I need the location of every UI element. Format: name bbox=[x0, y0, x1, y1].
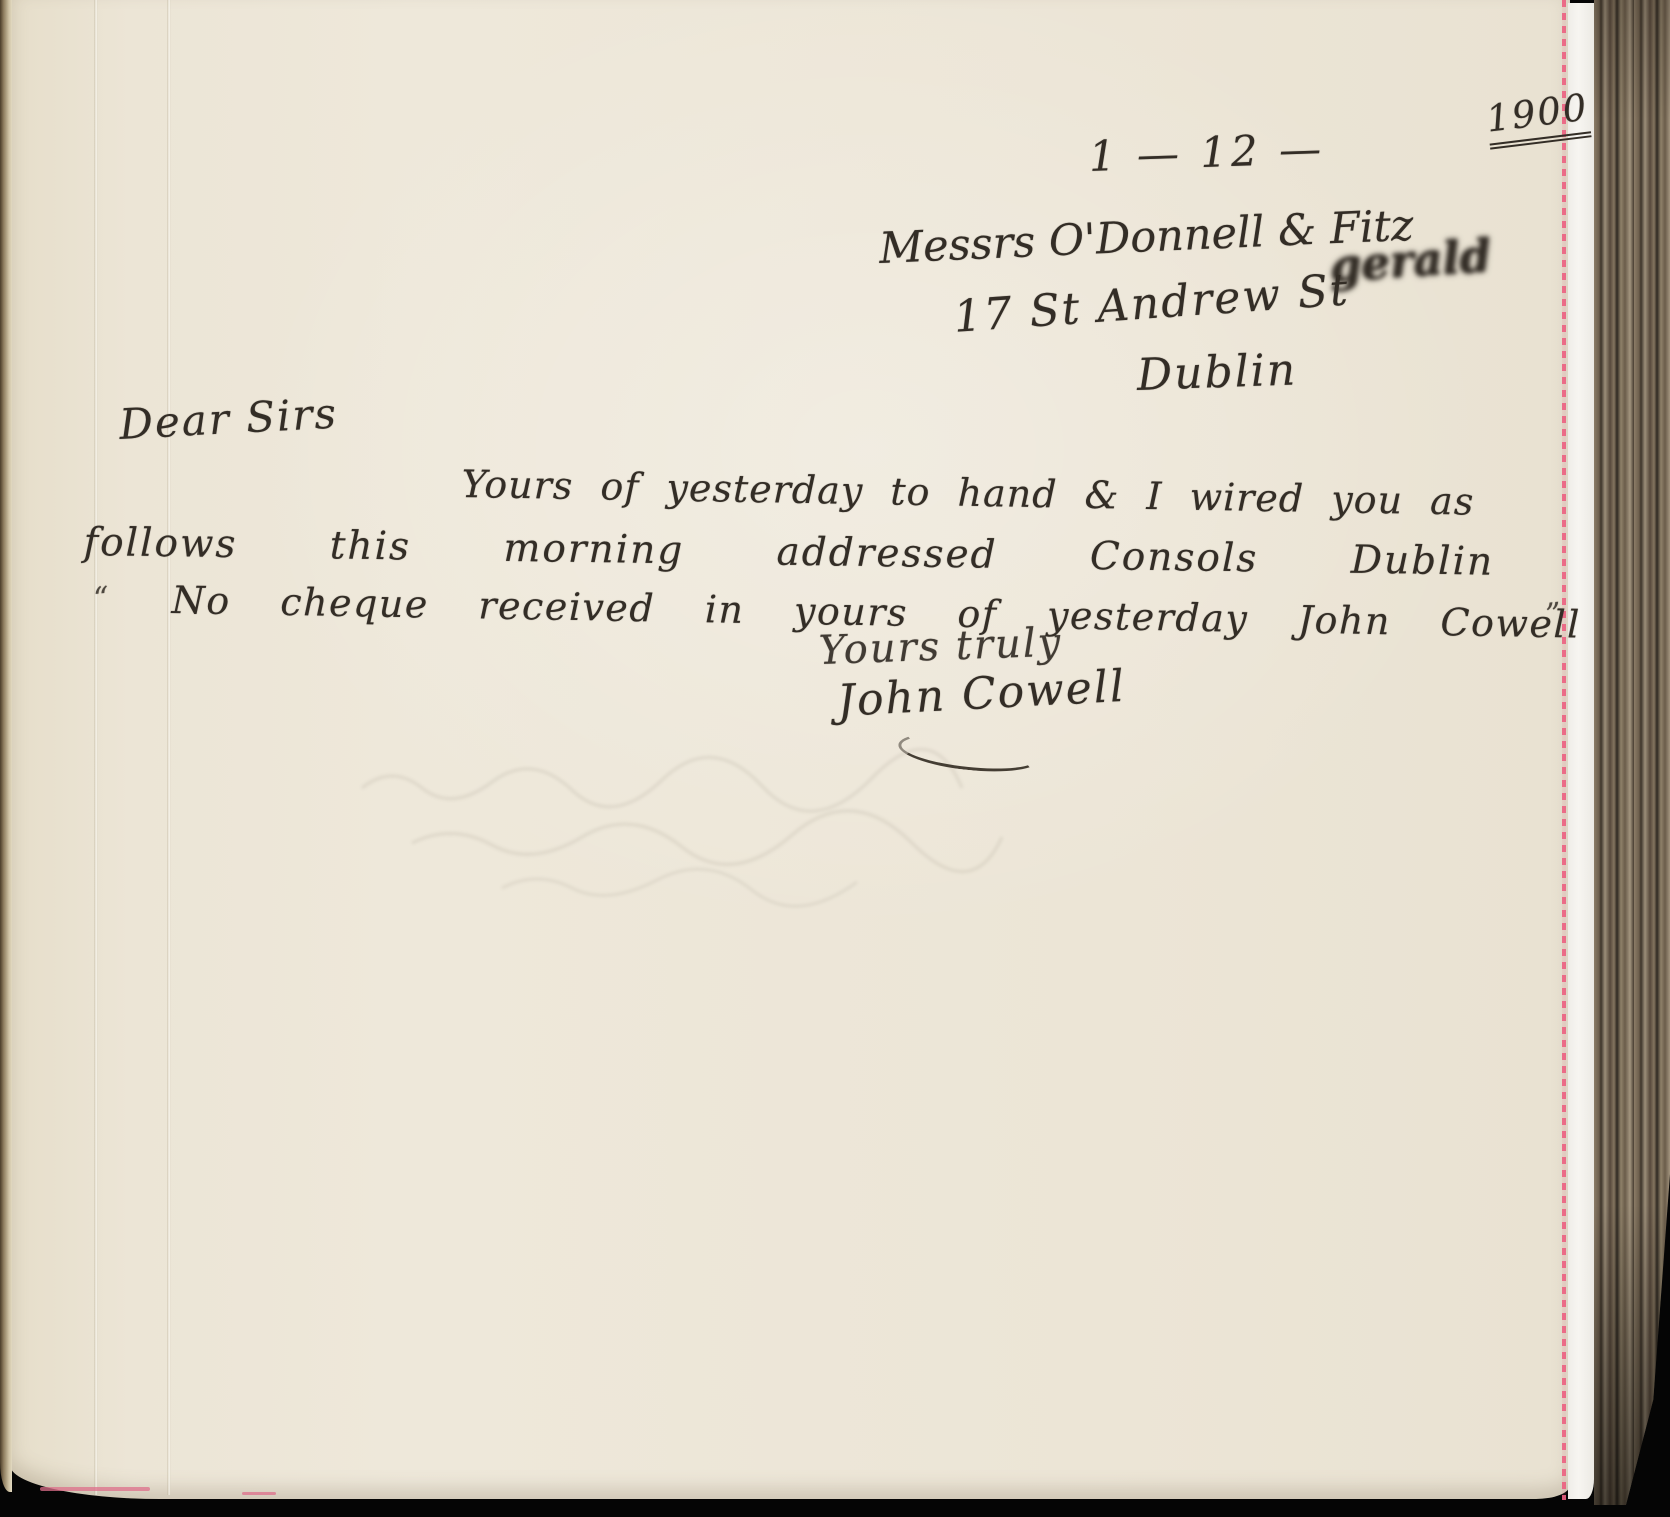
book-page-stack-edge bbox=[1594, 0, 1670, 1505]
ink-bleed-through bbox=[352, 748, 1162, 913]
pink-edge-speck bbox=[242, 1492, 276, 1495]
page-gutter-edge bbox=[0, 0, 12, 1492]
recipient-city: Dublin bbox=[1136, 344, 1298, 401]
pink-edge-speck bbox=[40, 1487, 150, 1491]
scanned-letterbook-page: 1 — 12 — 1900 Messrs O'Donnell & Fitz ge… bbox=[0, 0, 1670, 1517]
paper-crease-line bbox=[94, 0, 98, 1495]
underlying-page-edge bbox=[1568, 3, 1594, 1499]
paper-crease-line bbox=[167, 0, 171, 1495]
page-red-edge-line bbox=[1562, 0, 1566, 1500]
recipient-name-smudge: gerald bbox=[1328, 229, 1493, 293]
letter-date-day-month: 1 — 12 — bbox=[1088, 124, 1326, 181]
